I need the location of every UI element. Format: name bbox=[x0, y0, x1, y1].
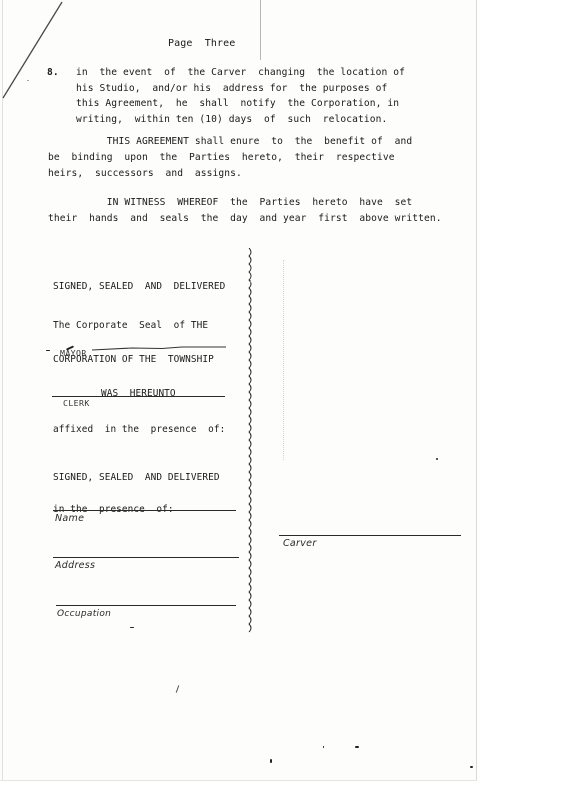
corporation-signing-block: SIGNED, SEALED AND DELIVERED The Corpora… bbox=[53, 256, 225, 460]
brace-column bbox=[246, 248, 254, 634]
paragraph-line: heirs, successors and assigns. bbox=[48, 168, 242, 179]
occupation-label: Occupation bbox=[57, 609, 111, 619]
carver-label: Carver bbox=[283, 538, 317, 549]
page-header: Page Three bbox=[168, 38, 235, 50]
ink-speck bbox=[250, 280, 251, 283]
faint-column-mark bbox=[283, 260, 285, 460]
address-signature-line bbox=[53, 557, 239, 558]
mayor-signature-line bbox=[92, 344, 226, 352]
ink-speck bbox=[470, 766, 473, 768]
clerk-signature-line bbox=[52, 396, 225, 397]
name-label: Name bbox=[55, 513, 84, 524]
block-heading: SIGNED, SEALED AND DELIVERED bbox=[53, 280, 225, 293]
carver-signature-line bbox=[279, 535, 461, 536]
mayor-label: MAYOR bbox=[60, 348, 87, 358]
clause-line: his Studio, and/or his address for the p… bbox=[76, 83, 387, 94]
occupation-signature-line bbox=[56, 605, 236, 606]
clause-line: in the event of the Carver changing the … bbox=[76, 67, 405, 78]
ink-speck bbox=[130, 627, 134, 628]
witness-paragraph: IN WITNESS WHEREOF the Parties hereto ha… bbox=[48, 195, 442, 227]
paragraph-line: THIS AGREEMENT shall enure to the benefi… bbox=[48, 136, 412, 147]
block-heading: SIGNED, SEALED AND DELIVERED bbox=[53, 473, 220, 484]
name-signature-line bbox=[53, 510, 236, 511]
ink-speck bbox=[176, 685, 180, 693]
ink-speck bbox=[436, 458, 438, 460]
document-page: Page Three 8. in the event of the Carver… bbox=[0, 0, 477, 781]
ink-speck bbox=[46, 350, 50, 351]
clerk-label: CLERK bbox=[63, 398, 90, 408]
clause-line: writing, within ten (10) days of such re… bbox=[76, 114, 387, 125]
clause-number: 8. bbox=[47, 67, 59, 79]
paragraph-line: be binding upon the Parties hereto, thei… bbox=[48, 152, 395, 163]
clause-8-text: in the event of the Carver changing the … bbox=[76, 65, 405, 127]
ink-speck bbox=[27, 80, 29, 81]
pen-slash-mark bbox=[0, 0, 70, 105]
ink-speck bbox=[270, 759, 272, 763]
paragraph-line: their hands and seals the day and year f… bbox=[48, 213, 442, 224]
paragraph-line: IN WITNESS WHEREOF the Parties hereto ha… bbox=[48, 197, 412, 208]
address-label: Address bbox=[55, 560, 95, 571]
ink-speck bbox=[323, 746, 324, 748]
ink-speck bbox=[355, 746, 359, 748]
block-line: The Corporate Seal of THE bbox=[53, 321, 225, 331]
block-line: affixed in the presence of: bbox=[53, 423, 225, 436]
fold-line bbox=[260, 0, 261, 60]
enure-paragraph: THIS AGREEMENT shall enure to the benefi… bbox=[48, 134, 412, 182]
page-edge bbox=[2, 0, 3, 780]
clause-line: this Agreement, he shall notify the Corp… bbox=[76, 98, 399, 109]
